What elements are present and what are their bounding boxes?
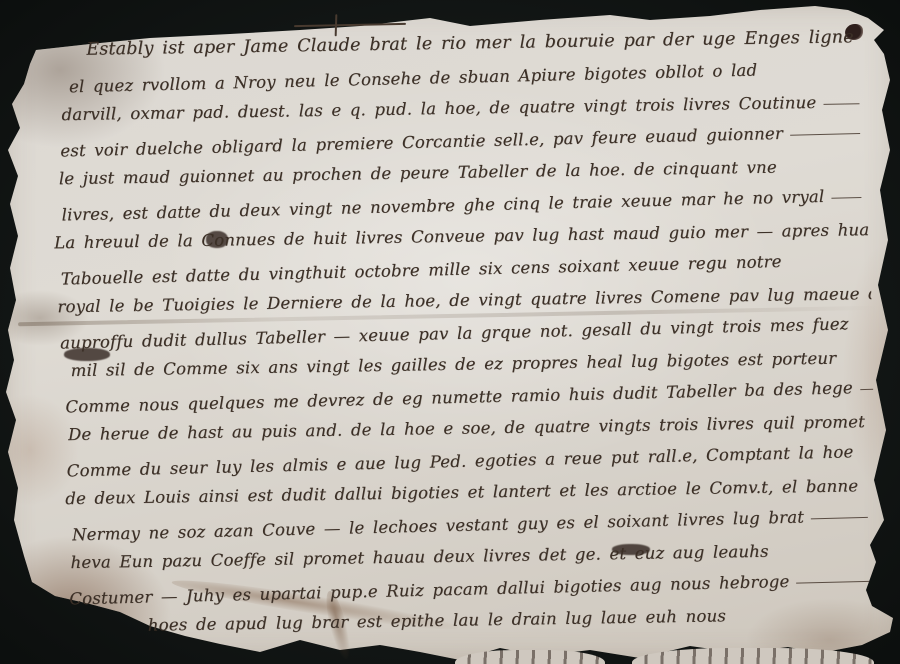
cross-horizontal-stroke [294,23,406,27]
line-filler-dash [831,196,861,198]
line-filler-dash [790,132,860,135]
line-filler-dash [811,516,868,518]
line-text: hoes de apud lug brar est epithe lau le … [148,606,726,634]
photo-background: Estably ist aper Jame Claude brat le rio… [0,0,900,664]
line-filler-dash [796,580,869,583]
line-filler-dash [860,388,874,389]
paper-fragment [455,650,605,664]
paper-fragment [632,648,874,664]
line-filler-dash [823,103,859,105]
handwritten-text-block: Estably ist aper Jame Claude brat le rio… [48,20,878,650]
